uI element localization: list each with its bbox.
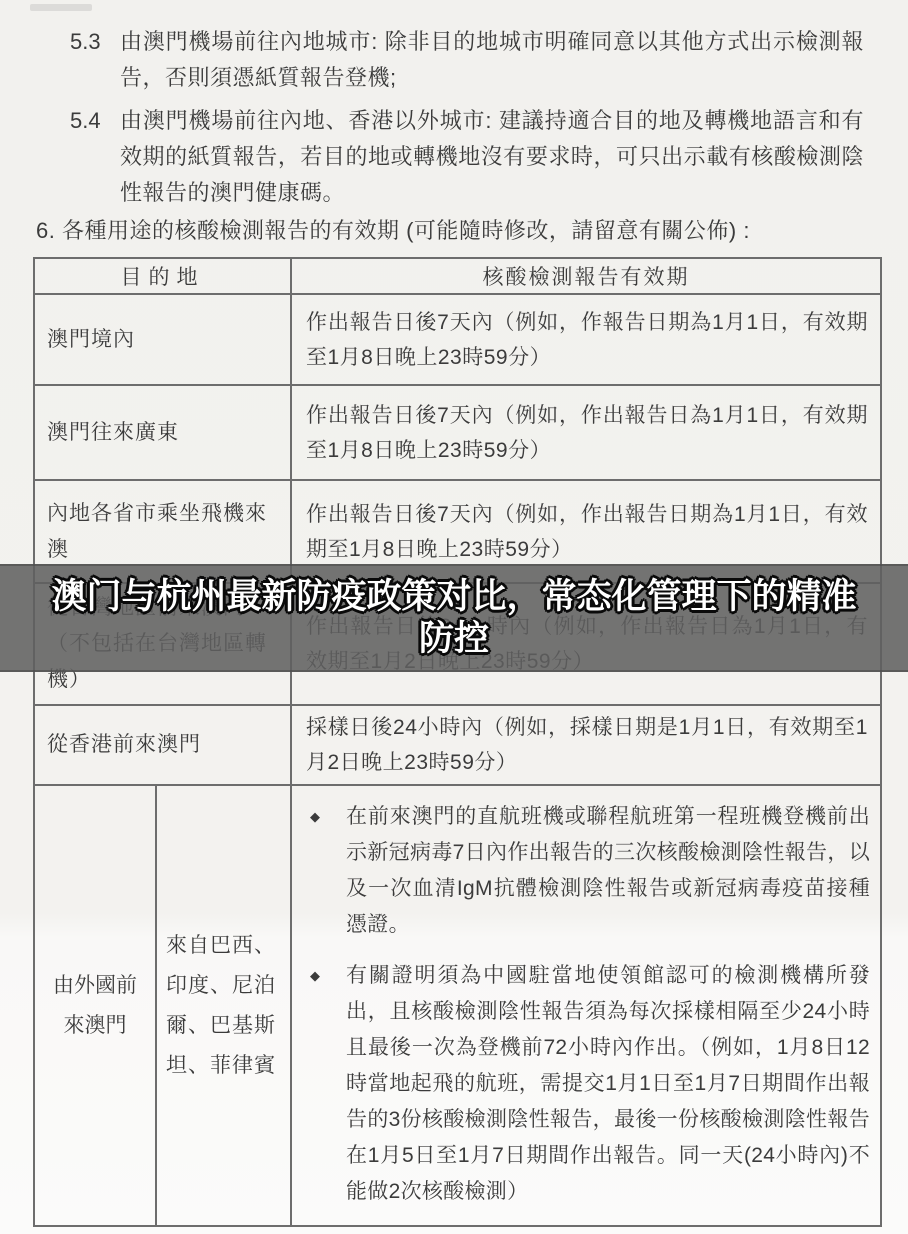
requirements-cell: ◆ 在前來澳門的直航班機或聯程航班第一程班機登機前出示新冠病毒7日內作出報告的三… xyxy=(291,785,881,1226)
header-validity: 核酸檢測報告有效期 xyxy=(291,258,881,294)
diamond-bullet-icon: ◆ xyxy=(306,958,346,1210)
policy-item-5-3: 5.3 由澳門機場前往內地城市: 除非目的地城市明確同意以其他方式出示檢測報告，… xyxy=(0,24,908,96)
banner-title-line1: 澳门与杭州最新防疫政策对比，常态化管理下的精准 xyxy=(51,576,856,618)
document-page: 5.3 由澳門機場前往內地城市: 除非目的地城市明確同意以其他方式出示檢測報告，… xyxy=(0,0,908,1234)
policy-item-5-4: 5.4 由澳門機場前往內地、香港以外城市: 建議持適合目的地及轉機地語言和有效期… xyxy=(0,103,908,211)
validity-cell: 作出報告日後7天內（例如，作報告日期為1月1日，有效期至1月8日晚上23時59分… xyxy=(291,294,881,385)
banner-title-line2: 防控 xyxy=(419,618,489,660)
table-row: 從香港前來澳門 採樣日後24小時內（例如，採樣日期是1月1日，有效期至1月2日晚… xyxy=(34,705,881,785)
table-row: 澳門境內 作出報告日後7天內（例如，作報告日期為1月1日，有效期至1月8日晚上2… xyxy=(34,294,881,385)
destination-cell: 澳門往來廣東 xyxy=(34,385,291,480)
scan-smudge xyxy=(30,4,92,11)
section-6-heading: 6. 各種用途的核酸檢測報告的有效期 (可能隨時修改，請留意有關公佈) : xyxy=(36,214,896,248)
requirement-item: ◆ 在前來澳門的直航班機或聯程航班第一程班機登機前出示新冠病毒7日內作出報告的三… xyxy=(306,799,870,943)
destination-cell: 從香港前來澳門 xyxy=(34,705,291,785)
destination-cell: 由外國前來澳門 xyxy=(34,785,156,1226)
requirement-item: ◆ 有關證明須為中國駐當地使領館認可的檢測機構所發出，且核酸檢測陰性報告須為每次… xyxy=(306,958,870,1210)
item-number: 5.3 xyxy=(70,24,120,96)
validity-cell: 作出報告日後7天內（例如，作出報告日為1月1日，有效期至1月8日晚上23時59分… xyxy=(291,385,881,480)
diamond-bullet-icon: ◆ xyxy=(306,799,346,943)
item-text: 由澳門機場前往內地、香港以外城市: 建議持適合目的地及轉機地語言和有效期的紙質報… xyxy=(120,103,864,211)
header-destination: 目的地 xyxy=(34,258,291,294)
table-row-foreign: 由外國前來澳門 來自巴西、印度、尼泊爾、巴基斯坦、菲律賓 ◆ 在前來澳門的直航班… xyxy=(34,785,881,1226)
destination-cell: 澳門境內 xyxy=(34,294,291,385)
validity-cell: 採樣日後24小時內（例如，採樣日期是1月1日，有效期至1月2日晚上23時59分） xyxy=(291,705,881,785)
table-row: 澳門往來廣東 作出報告日後7天內（例如，作出報告日為1月1日，有效期至1月8日晚… xyxy=(34,385,881,480)
requirement-text: 有關證明須為中國駐當地使領館認可的檢測機構所發出，且核酸檢測陰性報告須為每次採樣… xyxy=(346,958,870,1210)
item-number: 5.4 xyxy=(70,103,120,211)
item-text: 由澳門機場前往內地城市: 除非目的地城市明確同意以其他方式出示檢測報告，否則須憑… xyxy=(120,24,864,96)
validity-table: 目的地 核酸檢測報告有效期 澳門境內 作出報告日後7天內（例如，作報告日期為1月… xyxy=(33,257,882,1227)
origin-countries-cell: 來自巴西、印度、尼泊爾、巴基斯坦、菲律賓 xyxy=(156,785,291,1226)
requirement-text: 在前來澳門的直航班機或聯程航班第一程班機登機前出示新冠病毒7日內作出報告的三次核… xyxy=(346,799,870,943)
overlay-title-banner: 澳门与杭州最新防疫政策对比，常态化管理下的精准 防控 xyxy=(0,564,908,672)
policy-items: 5.3 由澳門機場前往內地城市: 除非目的地城市明確同意以其他方式出示檢測報告，… xyxy=(0,24,908,218)
table-header-row: 目的地 核酸檢測報告有效期 xyxy=(34,258,881,294)
